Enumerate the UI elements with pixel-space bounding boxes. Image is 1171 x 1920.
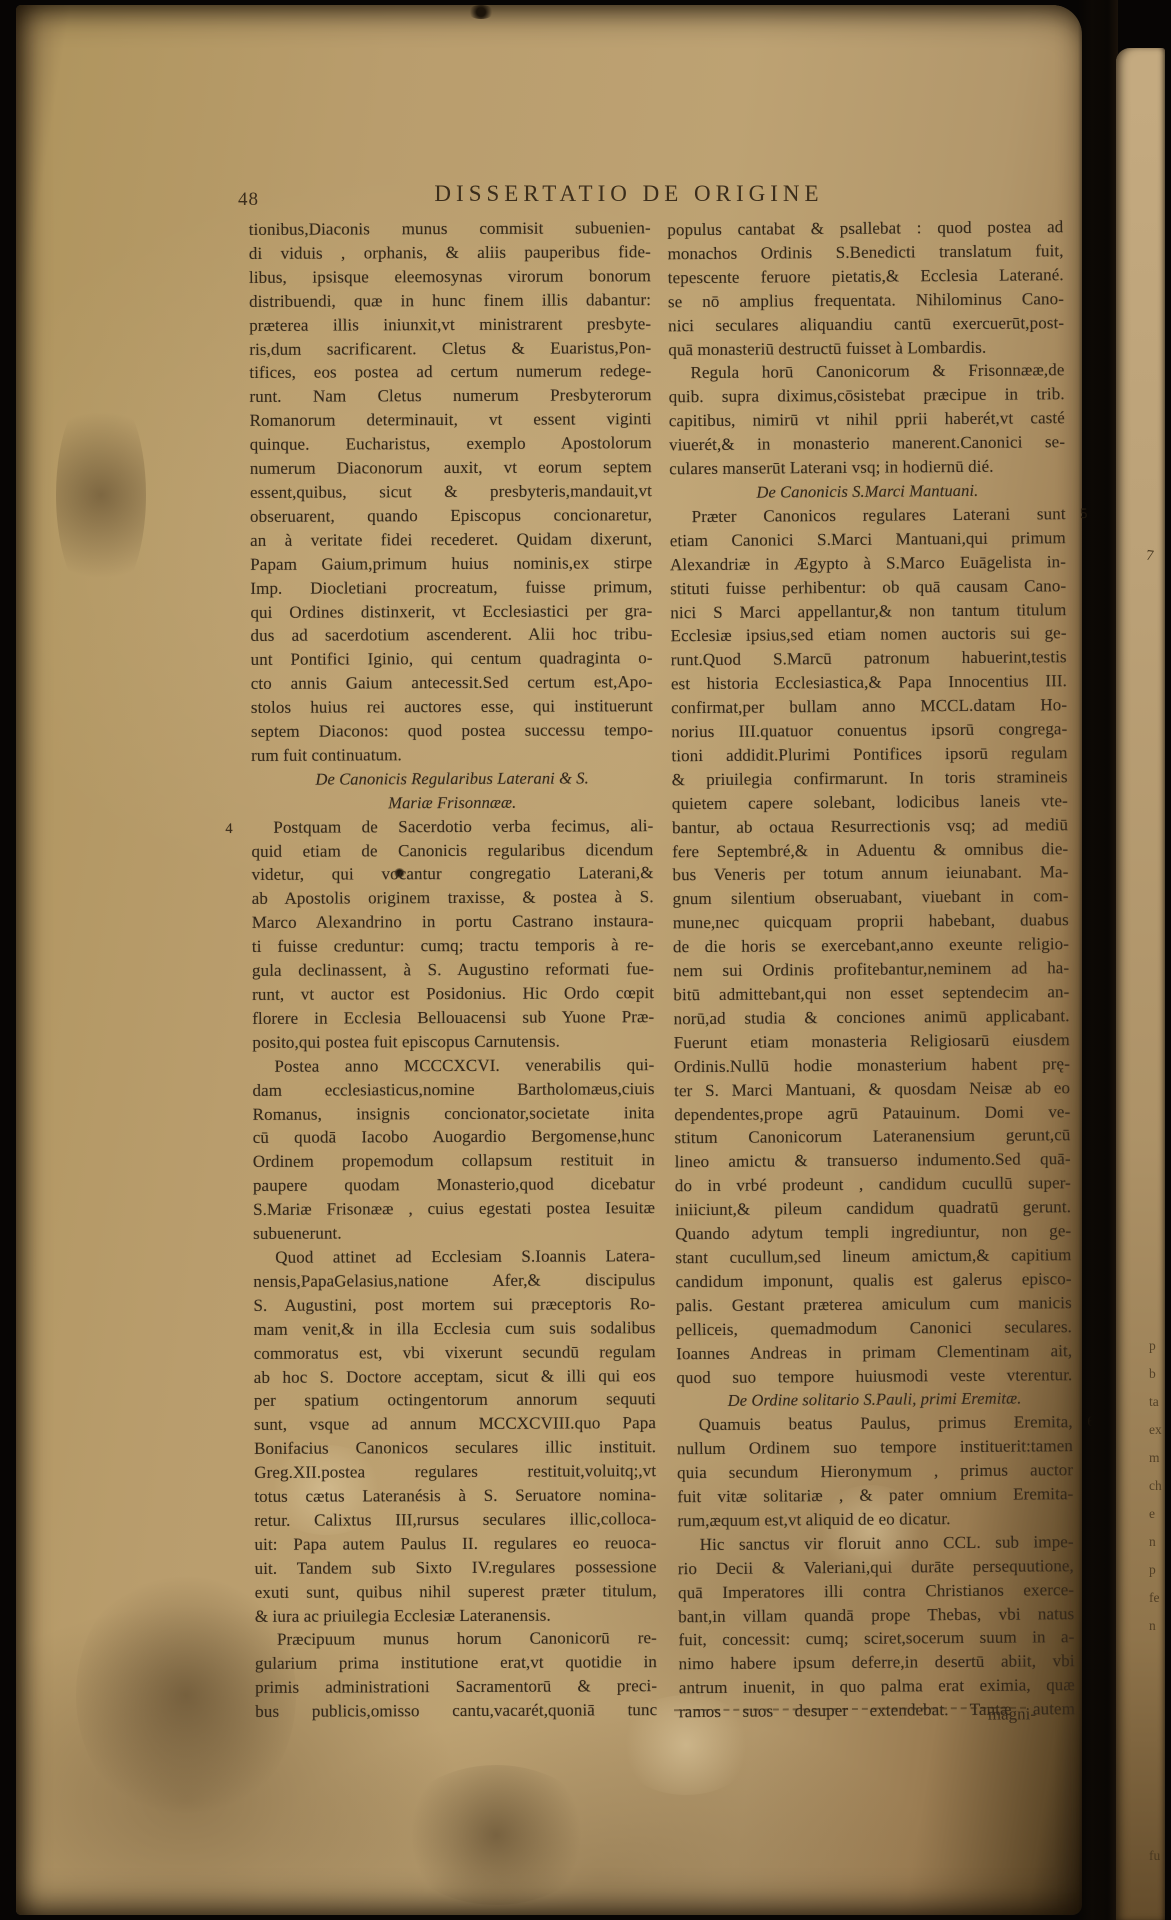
page-edge-text-fragment: p xyxy=(1149,1338,1156,1354)
text-line: rum fuit continuatum. xyxy=(251,742,653,768)
text-line: runt, vt auctor est Posidonius. Hic Ordo… xyxy=(252,981,654,1007)
margin-numeral-7: 7 xyxy=(1145,548,1155,566)
text-line: Quando adytum templi ingrediuntur, non g… xyxy=(675,1219,1071,1246)
text-line: primis administrationi Sacramentorū & pr… xyxy=(255,1674,657,1700)
text-line: cto annis Gaium antecessit.Sed certum es… xyxy=(251,670,653,696)
text-line: bantur, ab octaua Resurrectionis vsq; ad… xyxy=(672,813,1068,840)
paragraph: Quamuis beatus Paulus, primus Eremita,6n… xyxy=(677,1410,1074,1533)
text-line: Alexandriæ in Ægypto à S.Marco Euāgelist… xyxy=(670,550,1066,577)
paragraph: Præter Canonicos regulares Laterani sunt… xyxy=(670,502,1073,1390)
paragraph: Præcipuum munus horum Canonicorū re-gula… xyxy=(255,1627,657,1724)
text-line: Quamuis beatus Paulus, primus Eremita,6 xyxy=(677,1410,1073,1437)
text-line: nullum Ordinem suo tempore instituerit:t… xyxy=(677,1434,1073,1461)
text-line: bant,in villam quandā prope Thebas, vbi … xyxy=(678,1602,1074,1629)
text-line: palis. Gestant præterea amiculum cum man… xyxy=(676,1291,1072,1318)
text-line: fuit vitæ solitariæ , & pater omnium Ere… xyxy=(677,1482,1073,1509)
text-line: Mariæ Frisonnææ. xyxy=(251,790,653,816)
text-line: tifices, eos postea ad certum numerum re… xyxy=(249,360,651,386)
text-line: paupere quodam Monasterio,quod dicebatur xyxy=(253,1172,655,1198)
text-line: dus ad sacerdotium ascenderent. Alii hoc… xyxy=(250,623,652,649)
text-line: totus cætus Lateranésis à S. Seruatore n… xyxy=(254,1483,656,1509)
text-line: quia secundum Hieronymum , primus auctor xyxy=(677,1458,1073,1485)
text-line: Bonifacius Canonicos seculares illic ins… xyxy=(254,1435,656,1461)
text-line: præterea illis iniunxit,vt ministrarent … xyxy=(249,312,651,338)
text-line: S. Augustini, post mortem sui præceptori… xyxy=(253,1292,655,1318)
text-line: runt. Nam Cletus numerum Presbyterorum xyxy=(249,383,651,409)
text-line: Postquam de Sacerdotio verba fecimus, al… xyxy=(251,814,653,840)
text-line: monachos Ordinis S.Benedicti translatum … xyxy=(667,239,1063,266)
text-line: & iura ac priuilegia Ecclesiæ Lateranens… xyxy=(255,1603,657,1629)
page-edge-text-fragment: ch xyxy=(1149,1478,1162,1494)
text-line: Ordinis.Nullū hodie monasterium habent p… xyxy=(674,1052,1070,1079)
text-line: quinque. Eucharistus, exemplo Apostoloru… xyxy=(250,431,652,457)
page-edge-text-fragment: b xyxy=(1149,1366,1156,1382)
text-line: de die horis se exercebant,anno exeunte … xyxy=(673,932,1069,959)
text-line: do in vrbé prodeunt , candidum cucullū s… xyxy=(675,1171,1071,1198)
text-line: populus cantabat & psallebat : quod post… xyxy=(667,215,1063,242)
text-line: dependentes,prope agrū Patauinum. Domi v… xyxy=(674,1100,1070,1127)
page-paper: 48 DISSERTATIO DE ORIGINE tionibus,Diaco… xyxy=(16,5,1082,1915)
text-line: Ordinem propemodum collapsum restituit i… xyxy=(253,1148,655,1174)
text-line: iniiciunt,& pileum candidum quadratū ger… xyxy=(675,1195,1071,1222)
text-line: Romanus, insignis concionator,societate … xyxy=(253,1101,655,1127)
text-line: distribuendi, quæ in hunc finem illis da… xyxy=(249,288,651,314)
catchword: magni- xyxy=(866,1704,1036,1725)
text-line: subuenerunt. xyxy=(253,1220,655,1246)
text-line: Romanorum determinauit, vt essent vigint… xyxy=(250,407,652,433)
text-line: per spatium octingentorum annorum sequut… xyxy=(254,1388,656,1414)
text-line: nici S Marci appellantur,& non tantum ti… xyxy=(670,598,1066,625)
text-line: mam venit,& in illa Ecclesia cum suis so… xyxy=(254,1316,656,1342)
text-line: ti fuisse creduntur: cumq; tractu tempor… xyxy=(252,933,654,959)
text-line: Præter Canonicos regulares Laterani sunt… xyxy=(670,502,1066,529)
text-line: florere in Ecclesia Bellouacensi sub Yuo… xyxy=(252,1005,654,1031)
text-line: viuerét,& in monasterio manerent.Canonic… xyxy=(669,430,1065,457)
text-line: norius III.quatuor conuentus ipsorū cong… xyxy=(671,717,1067,744)
text-line: quod suo tempore huiusmodi veste vterent… xyxy=(676,1363,1072,1390)
page-edge-text-fragment: e xyxy=(1149,1506,1155,1522)
page-edge-text-fragment: n xyxy=(1149,1534,1156,1550)
text-line: posito,qui postea fuit episcopus Carnute… xyxy=(252,1029,654,1055)
text-line: stitum Canonicorum Lateranensium gerunt,… xyxy=(674,1124,1070,1151)
page-edge-text-fragment: m xyxy=(1149,1450,1160,1466)
text-line: quā monasteriū destructū fuisset à Lomba… xyxy=(668,335,1064,362)
text-line: uit. Tandem sub Sixto IV.regulares posse… xyxy=(255,1555,657,1581)
text-line: tepescente feruore pietatis,& Ecclesia L… xyxy=(668,263,1064,290)
text-line: cū quodā Iacobo Auogardio Bergomense,hun… xyxy=(253,1125,655,1151)
text-line: antrum inuenit, in quo palma erat eximia… xyxy=(679,1673,1075,1700)
text-line: norū,ad studia & conciones animū applica… xyxy=(673,1004,1069,1031)
text-line: nici seculares aliquandiu cantū exercuer… xyxy=(668,311,1064,338)
next-page-edge: 7 pbtaexmchenpfenfu xyxy=(1116,48,1165,1920)
paper-stain xyxy=(56,385,146,605)
page-number: 48 xyxy=(238,189,259,211)
text-line: est historia Ecclesiastica,& Papa Innoce… xyxy=(671,669,1067,696)
text-line: Hic sanctus vir floruit anno CCL. sub im… xyxy=(678,1530,1074,1557)
paper-stain xyxy=(396,1765,596,1905)
text-line: ab Apostolis originem traxisse, & postea… xyxy=(252,885,654,911)
page-edge-text-fragment: ta xyxy=(1149,1394,1159,1410)
section-heading: De Canonicis Regularibus Laterani & S.Ma… xyxy=(251,766,653,816)
text-line: etiam Canonici S.Marci Mantuani,qui prim… xyxy=(670,526,1066,553)
text-line: nensis,PapaGelasius,natione Afer,& disci… xyxy=(253,1268,655,1294)
text-line: De Ordine solitario S.Pauli, primi Eremi… xyxy=(676,1387,1072,1414)
text-line: gnum silentium obseruabant, viuebant in … xyxy=(673,885,1069,912)
text-line: Papam Gaium,primum huius nominis,ex stir… xyxy=(250,551,652,577)
text-line: bitū admittebant,qui non esset septendec… xyxy=(673,980,1069,1007)
text-line: stant cucullum,sed lineum amictum,& capi… xyxy=(675,1243,1071,1270)
text-line: lineo amictu & transuerso indumento.Sed … xyxy=(675,1147,1071,1174)
text-line: quib. supra diximus,cōsistebat præcipue … xyxy=(669,382,1065,409)
text-line: capitibus, nimirū vt nihil pprii haberét… xyxy=(669,406,1065,433)
text-line: stituti fuisse perhibentur: ob quā causa… xyxy=(670,574,1066,601)
text-line: Quod attinet ad Ecclesiam S.Ioannis Late… xyxy=(253,1244,655,1270)
text-line: Marco Alexandrino in portu Castrano inst… xyxy=(252,909,654,935)
book-scan: 48 DISSERTATIO DE ORIGINE tionibus,Diaco… xyxy=(0,0,1171,1920)
column-left: tionibus,Diaconis munus commisit subueni… xyxy=(249,216,658,1724)
text-line: Regula horū Canonicorum & Frisonnææ,de xyxy=(668,359,1064,386)
paragraph: Postea anno MCCCXCVI. venerabilis qui-da… xyxy=(252,1053,655,1246)
gutter-shadow xyxy=(1078,0,1118,1920)
text-line: dam ecclesiasticus,nomine Bartholomæus,c… xyxy=(252,1077,654,1103)
text-line: essent,quibus, sicut & presbyteris,manda… xyxy=(250,479,652,505)
page-edge-text-fragment: ex xyxy=(1149,1422,1162,1438)
text-line: Postea anno MCCCXCVI. venerabilis qui- xyxy=(252,1053,654,1079)
text-line: runt.Quod S.Marcū patronum habuerint,tes… xyxy=(671,645,1067,672)
section-heading: De Ordine solitario S.Pauli, primi Eremi… xyxy=(676,1387,1072,1414)
text-line: mune,nec quicquam proprii habebant, duab… xyxy=(673,908,1069,935)
paragraph: tionibus,Diaconis munus commisit subueni… xyxy=(249,216,653,768)
text-line: commoratus est, vbi vixerunt secundū reg… xyxy=(254,1340,656,1366)
page-edge-text-fragment: fe xyxy=(1149,1590,1160,1606)
text-line: Præcipuum munus horum Canonicorū re- xyxy=(255,1627,657,1653)
text-line: unt Pontifici Iginio, qui centum quadrag… xyxy=(251,646,653,672)
text-line: candidum imponunt, qualis est galerus ep… xyxy=(676,1267,1072,1294)
text-line: qui Ordines distinxerit, vt Ecclesiastic… xyxy=(250,599,652,625)
text-line: De Canonicis S.Marci Mantuani. xyxy=(669,478,1065,505)
text-line: gularium prima institutione erat,vt quot… xyxy=(255,1650,657,1676)
page-edge-text-fragment: p xyxy=(1149,1562,1156,1578)
text-line: numerum Diaconorum auxit, vt eorum septe… xyxy=(250,455,652,481)
paragraph: Postquam de Sacerdotio verba fecimus, al… xyxy=(251,814,654,1055)
text-line: obseruarent, quando Episcopus concionare… xyxy=(250,503,652,529)
margin-numeral-4: 4 xyxy=(225,818,232,842)
text-line: tioni addidit.Plurimi Pontifices ipsorū … xyxy=(671,741,1067,768)
text-line: bus publicis,omisso cantu,vacarét,quoniā… xyxy=(255,1698,657,1724)
section-heading: De Canonicis S.Marci Mantuani. xyxy=(669,478,1065,505)
text-line: Imp. Diocletiani procreatum, fuisse prim… xyxy=(250,575,652,601)
page-edge-text-fragment: fu xyxy=(1149,1848,1160,1864)
text-line: nem sui Ordinis profitebantur,neminem ad… xyxy=(673,956,1069,983)
text-line: Ecclesiæ ipsius,sed etiam nomen auctoris… xyxy=(670,622,1066,649)
text-line: ab hoc S. Doctore acceptam, sicut & illi… xyxy=(254,1364,656,1390)
ink-smudge xyxy=(468,5,494,19)
text-line: S.Mariæ Frisonææ , cuius egestati postea… xyxy=(253,1196,655,1222)
text-line: confirmat,per bullam anno MCCL.datam Ho- xyxy=(671,693,1067,720)
paragraph: Quod attinet ad Ecclesiam S.Ioannis Late… xyxy=(253,1244,657,1628)
text-line: culares manserūt Laterani vsq; in hodier… xyxy=(669,454,1065,481)
text-line: fere Septembré,& in Aduentu & omnibus di… xyxy=(672,837,1068,864)
text-line: di viduis , orphanis, & aliis pauperibus… xyxy=(249,240,651,266)
text-line: gula declinassent, à S. Augustino reform… xyxy=(252,957,654,983)
paragraph: Hic sanctus vir floruit anno CCL. sub im… xyxy=(678,1530,1075,1724)
text-line: Ioannes Andreas in primam Clementinam ai… xyxy=(676,1339,1072,1366)
paragraph: Regula horū Canonicorum & Frisonnææ,dequ… xyxy=(668,359,1065,482)
text-line: stolos huius rei auctores esse, qui inst… xyxy=(251,694,653,720)
text-line: De Canonicis Regularibus Laterani & S. xyxy=(251,766,653,792)
running-header: DISSERTATIO DE ORIGINE xyxy=(424,181,834,207)
page-edge-text-fragment: n xyxy=(1149,1618,1156,1634)
text-line: tionibus,Diaconis munus commisit subueni… xyxy=(249,216,651,242)
text-line: Fuerunt etiam monasteria Religiosarū eiu… xyxy=(674,1028,1070,1055)
text-line: libus, ipsisque eleemosynas virorum bono… xyxy=(249,264,651,290)
text-line: quietem capere solebant, lodicibus lanei… xyxy=(672,789,1068,816)
text-line: Greg.XII.postea regulares restituit,volu… xyxy=(254,1459,656,1485)
text-line: rum,æquum est,vt aliquid de eo dicatur. xyxy=(677,1506,1073,1533)
text-line: sunt, vsque ad annum MCCXCVIII.quo Papa xyxy=(254,1411,656,1437)
text-line: quid etiam de Canonicis regularibus dice… xyxy=(251,838,653,864)
text-line: an à veritate fidei recederet. Quidam di… xyxy=(250,527,652,553)
column-right: populus cantabat & psallebat : quod post… xyxy=(667,215,1075,1724)
text-line: pelliceis, quemadmodum Canonici seculare… xyxy=(676,1315,1072,1342)
text-line: ris,dum sacrificarent. Cletus & Euaristu… xyxy=(249,336,651,362)
paragraph: populus cantabat & psallebat : quod post… xyxy=(667,215,1064,362)
text-line: nimo habere ipsum deferre,in desertū abi… xyxy=(679,1649,1075,1676)
text-line: septem Diaconos: quod postea successu te… xyxy=(251,718,653,744)
text-line: quā Imperatores illi contra Christianos … xyxy=(678,1578,1074,1605)
text-line: exuti sunt, quibus nihil superest præter… xyxy=(255,1579,657,1605)
text-line: se nō amplius frequentata. Nihilominus C… xyxy=(668,287,1064,314)
text-line: bus Veneris per totum annum ieiunabant. … xyxy=(672,861,1068,888)
text-line: videtur, qui vocantur congregatio Latera… xyxy=(252,862,654,888)
text-line: fuit, concessit: cumq; sciret,socerum su… xyxy=(678,1626,1074,1653)
text-line: & priuilegia confirmarunt. In toris stra… xyxy=(672,765,1068,792)
text-line: retur. Calixtus III,rursus seculares ill… xyxy=(254,1507,656,1533)
text-line: rio Decii & Valeriani,qui durāte persequ… xyxy=(678,1554,1074,1581)
text-line: uit: Papa autem Paulus II. regulares eo … xyxy=(254,1531,656,1557)
text-line: ter S. Marci Mantuani, & quosdam Neisæ a… xyxy=(674,1076,1070,1103)
